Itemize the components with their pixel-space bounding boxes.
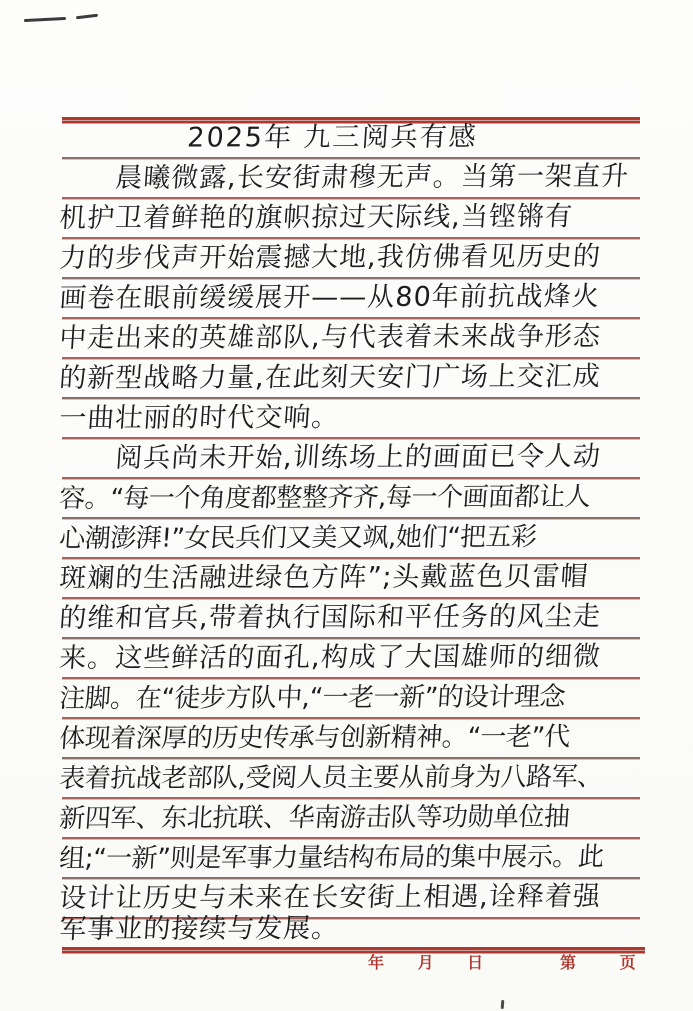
handwritten-line: 容。“每一个角度都整整齐齐,每一个画面都让人 bbox=[58, 478, 657, 518]
handwritten-line: 军事业的接续与发展。 bbox=[58, 909, 657, 949]
handwritten-line: 斑斓的生活融进绿色方阵”;头戴蓝色贝雷帽 bbox=[58, 558, 657, 598]
pen-stroke-mark bbox=[501, 1000, 504, 1009]
handwritten-line: 力的步伐声开始震撼大地,我仿佛看见历史的 bbox=[58, 238, 657, 278]
handwritten-line: 来。这些鲜活的面孔,构成了大国雄师的细微 bbox=[58, 638, 657, 678]
footer-rule-line bbox=[62, 951, 645, 953]
handwritten-line: 注脚。在“徒步方队中,“一老一新”的设计理念 bbox=[58, 678, 657, 718]
handwritten-line: 的维和官兵,带着执行国际和平任务的风尘走 bbox=[58, 598, 657, 638]
pen-stroke-mark bbox=[24, 17, 66, 22]
handwritten-line: 新四军、东北抗联、华南游击队等功勋单位抽 bbox=[58, 798, 657, 838]
date-fields-label: 年 月 日 bbox=[368, 953, 483, 973]
handwritten-line: 机护卫着鲜艳的旗帜掠过天际线,当铿锵有 bbox=[58, 198, 657, 238]
handwritten-line: 的新型战略力量,在此刻天安门广场上交汇成 bbox=[58, 358, 657, 398]
page-number-label: 第 页 bbox=[560, 953, 636, 973]
handwritten-line: 组;“一新”则是军事力量结构布局的集中展示。此 bbox=[58, 838, 657, 878]
pen-stroke-mark bbox=[76, 14, 98, 19]
handwritten-line: 一曲壮丽的时代交响。 bbox=[58, 398, 657, 438]
handwritten-line: 画卷在眼前缓缓展开——从80年前抗战烽火 bbox=[58, 278, 657, 318]
handwritten-line: 晨曦微露,长安街肃穆无声。当第一架直升 bbox=[58, 158, 693, 198]
manuscript-paper-page: 2025年 九三阅兵有感 晨曦微露,长安街肃穆无声。当第一架直升 机护卫着鲜艳的… bbox=[0, 0, 693, 1011]
handwritten-line: 表着抗战老部队,受阅人员主要从前身为八路军、 bbox=[58, 758, 657, 798]
handwritten-line: 阅兵尚未开始,训练场上的画面已令人动 bbox=[58, 438, 693, 478]
handwritten-line: 体现着深厚的历史传承与创新精神。“一老”代 bbox=[58, 718, 657, 758]
essay-title: 2025年 九三阅兵有感 bbox=[58, 117, 693, 158]
handwritten-line: 心潮澎湃!”女民兵们又美又飒,她们“把五彩 bbox=[58, 518, 657, 558]
handwritten-line: 中走出来的英雄部队,与代表着未来战争形态 bbox=[58, 318, 657, 358]
